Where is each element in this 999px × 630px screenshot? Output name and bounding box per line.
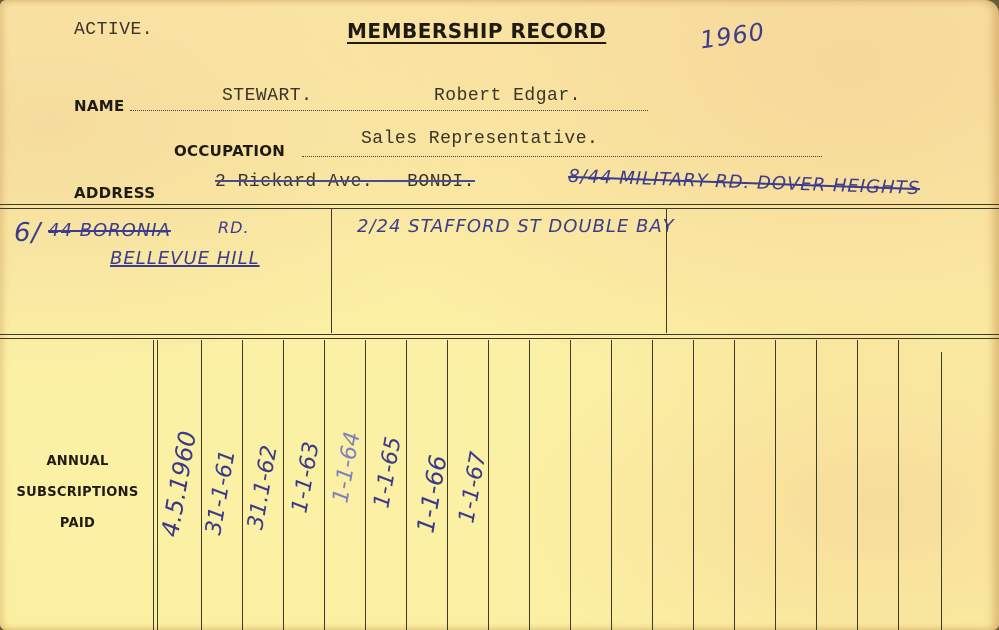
name-dotted-line bbox=[130, 110, 648, 111]
subscriptions-label-line-2: SUBSCRIPTIONS bbox=[0, 485, 155, 500]
subscription-column-line bbox=[570, 340, 571, 630]
subscription-column-line bbox=[365, 340, 366, 630]
address-history-2: 2/24 STAFFORD ST DOUBLE BAY bbox=[357, 216, 675, 237]
address-top-rule bbox=[0, 204, 999, 205]
surname-value: STEWART. bbox=[222, 86, 312, 106]
address-history-3-empty bbox=[668, 210, 993, 332]
subscriptions-top-rule bbox=[0, 334, 999, 335]
subscription-payment-1962: 31.1-62 bbox=[238, 411, 289, 563]
address-history-1-prefix: 6/ bbox=[14, 218, 41, 248]
subscription-column-line bbox=[283, 340, 284, 630]
address-history-1-struck: 44 BORONIA bbox=[48, 220, 171, 241]
subscriptions-label-line-1: ANNUAL bbox=[0, 454, 155, 469]
given-names-value: Robert Edgar. bbox=[434, 86, 581, 106]
membership-record-card: ACTIVE. MEMBERSHIP RECORD 1960 NAME STEW… bbox=[0, 0, 999, 630]
subscription-column-line bbox=[242, 340, 243, 630]
subscription-column-line bbox=[941, 352, 942, 630]
address-history-1-line2: BELLEVUE HILL bbox=[110, 248, 260, 269]
occupation-dotted-line bbox=[302, 156, 822, 157]
subscription-column-line bbox=[153, 340, 154, 630]
status-stamp: ACTIVE. bbox=[74, 20, 153, 40]
subscription-column-line bbox=[652, 340, 653, 630]
occupation-value: Sales Representative. bbox=[361, 129, 598, 149]
subscription-column-line bbox=[775, 340, 776, 630]
subscription-column-line bbox=[406, 340, 407, 630]
subscription-column-line bbox=[529, 340, 530, 630]
year-note: 1960 bbox=[698, 18, 766, 55]
subscription-column-line bbox=[611, 340, 612, 630]
occupation-label: OCCUPATION bbox=[174, 142, 285, 160]
subscription-column-line bbox=[857, 340, 858, 630]
address-top-rule-2 bbox=[0, 208, 999, 209]
subscription-column-line bbox=[488, 340, 489, 630]
subscription-column-line bbox=[816, 340, 817, 630]
name-label: NAME bbox=[74, 97, 125, 115]
address-original-struck: 2 Rickard Ave. BONDI. bbox=[215, 172, 475, 192]
subscription-payment-1961: 31-1-61 bbox=[196, 416, 247, 568]
subscription-column-line bbox=[693, 340, 694, 630]
subscriptions-top-rule-2 bbox=[0, 338, 999, 339]
subscriptions-label-line-3: PAID bbox=[0, 516, 155, 531]
address-box-divider-1 bbox=[331, 209, 332, 333]
subscription-column-line bbox=[898, 340, 899, 630]
subscription-column-line bbox=[734, 340, 735, 630]
subscription-column-line bbox=[201, 340, 202, 630]
address-change-1-struck: 8/44 MILITARY RD. DOVER HEIGHTS bbox=[568, 166, 921, 199]
subscription-column-line bbox=[324, 340, 325, 630]
card-title: MEMBERSHIP RECORD bbox=[347, 19, 606, 43]
address-history-1-suffix: RD. bbox=[218, 218, 250, 237]
subscription-column-line bbox=[157, 340, 158, 630]
address-label: ADDRESS bbox=[74, 184, 155, 202]
subscription-payment-1960: 4.5.1960 bbox=[152, 408, 206, 561]
